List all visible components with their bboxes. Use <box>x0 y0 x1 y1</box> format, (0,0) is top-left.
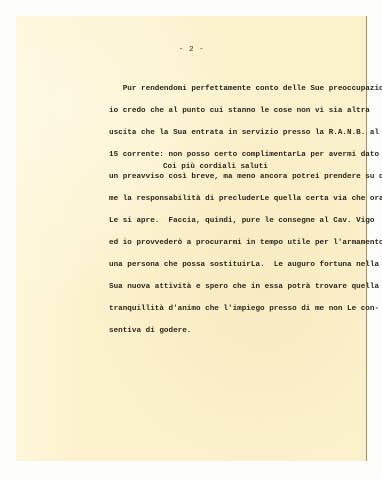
closing-salutation: Coi più cordiali saluti <box>163 163 268 171</box>
body-line: me la responsabilità di precluderLe quel… <box>109 196 369 203</box>
body-line: Pur rendendomi perfettamente conto delle… <box>109 86 369 93</box>
body-line: tranquillità d'animo che l'impiego press… <box>109 306 369 313</box>
body-line: io credo che al punto cui stanno le cose… <box>109 108 369 115</box>
body-line: ed io provvederò a procurarmi in tempo u… <box>109 240 369 247</box>
body-line: uscita che la Sua entrata in servizio pr… <box>109 130 369 137</box>
letter-body: Pur rendendomi perfettamente conto delle… <box>109 71 369 350</box>
body-line: Sua nuova attività e spero che in essa p… <box>109 284 369 291</box>
body-line: sentiva di godere. <box>109 328 369 335</box>
body-line: Le si apre. Faccia, quindi, pure le cons… <box>109 218 369 225</box>
body-line: una persona che possa sostituirLa. Le au… <box>109 262 369 269</box>
scanned-document: - 2 - Pur rendendomi perfettamente conto… <box>0 0 382 479</box>
body-line: un preavviso così breve, ma meno ancora … <box>109 174 369 181</box>
page-number: - 2 - <box>16 46 367 54</box>
letter-page: - 2 - Pur rendendomi perfettamente conto… <box>16 16 367 461</box>
body-line: 15 corrente: non posso certo complimenta… <box>109 152 369 159</box>
